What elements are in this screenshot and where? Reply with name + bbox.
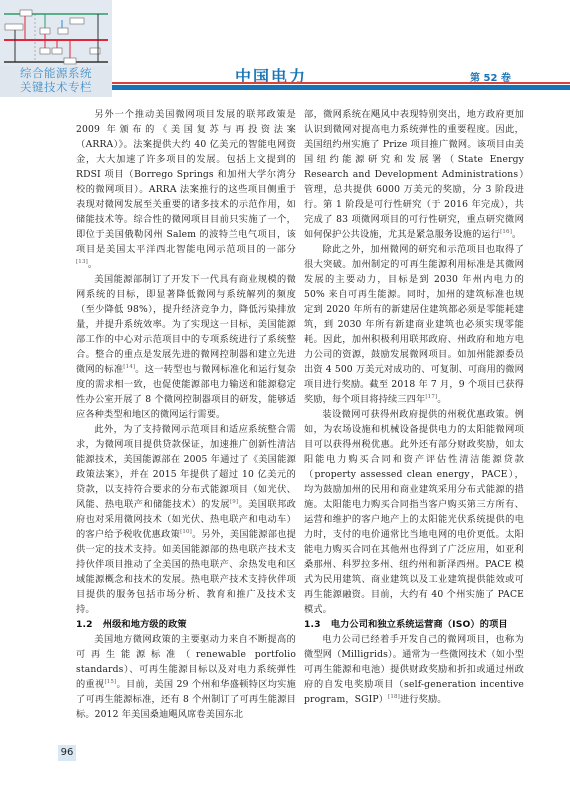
citation: [10] (180, 529, 192, 535)
energy-system-diagram-icon (0, 0, 112, 66)
column-banner: 综合能源系统 关键技术专栏 (0, 0, 112, 97)
citation: [17] (425, 394, 437, 400)
right-column: 部，微网系统在飓风中表现特别突出，地方政府更加认识到微网对提高电力系统弹性的重要… (304, 107, 524, 707)
citation: [14] (123, 364, 135, 370)
citation: [18] (388, 694, 400, 700)
banner-title-line1: 综合能源系统 (0, 66, 112, 80)
citation: [13] (76, 259, 88, 265)
paragraph: 另外一个推动美国微网项目发展的联邦政策是 2009 年颁布的《美国复苏与再投资法… (76, 107, 296, 272)
header-rule-red (112, 82, 570, 84)
paragraph: 部，微网系统在飓风中表现特别突出，地方政府更加认识到微网对提高电力系统弹性的重要… (304, 107, 524, 242)
citation: [15] (104, 679, 116, 685)
paragraph: 此外，为了支持微网示范项目和适应系统整合需求，为微网项目提供贷款保证，加速推广创… (76, 422, 296, 617)
paragraph: 美国能源部制订了开发下一代具有商业规模的微网系统的目标，即显著降低微网与系统解列… (76, 272, 296, 422)
citation: [16] (500, 229, 512, 235)
paragraph: 装设微网可获得州政府提供的州税优惠政策。例如，为农场设施和机械设备提供电力的太阳… (304, 407, 524, 617)
section-heading: 1.3电力公司和独立系统运营商（ISO）的项目 (304, 617, 524, 632)
paragraph: 美国地方微网政策的主要驱动力来自不断提高的可再生能源标准（renewable p… (76, 632, 296, 722)
citation: [9] (230, 499, 238, 505)
paragraph: 电力公司已经着手开发自己的微网项目，也称为微型网（Milligrids）。通常为… (304, 632, 524, 707)
section-heading: 1.2州级和地方级的政策 (76, 617, 296, 632)
left-column: 另外一个推动美国微网项目发展的联邦政策是 2009 年颁布的《美国复苏与再投资法… (76, 107, 296, 722)
header-rule-blue (112, 85, 570, 90)
page-number: 96 (58, 745, 76, 761)
banner-title-line2: 关键技术专栏 (0, 80, 112, 94)
paragraph: 除此之外，加州微网的研究和示范项目也取得了很大突破。加州制定的可再生能源利用标准… (304, 242, 524, 407)
